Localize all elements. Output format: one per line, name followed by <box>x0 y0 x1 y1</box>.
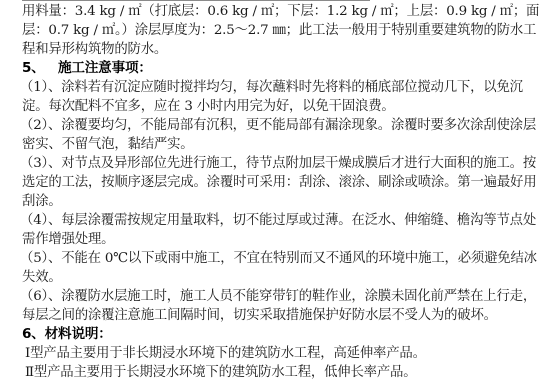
note-item-2-text: 涂覆要均匀，不能局部有沉积，更不能局部有漏涂现象。涂覆时要多次涂刮使涂层密实、不… <box>22 118 536 152</box>
intro-paragraph: 用料量：3.4 kg / ㎡（打底层：0.6 kg / ㎡；下层：1.2 kg … <box>22 2 542 59</box>
section-5-number: 5、 <box>22 59 58 78</box>
note-item-6-text: 涂覆防水层施工时，施工人员不能穿带钉的鞋作业，涂膜未固化前严禁在上行走，每层之间… <box>22 289 536 323</box>
material-type-1: Ⅰ型产品主要用于非长期浸水环境下的建筑防水工程，高延伸率产品。 <box>22 344 542 363</box>
note-item-6-label: （6）、 <box>20 289 61 304</box>
note-item-4-text: 每层涂覆需按规定用量取料，切不能过厚或过薄。在泛水、伸缩缝、檐沟等节点处需作增强… <box>22 213 536 247</box>
note-item-2: （2）、涂覆要均匀，不能局部有沉积，更不能局部有漏涂现象。涂覆时要多次涂刮使涂层… <box>22 116 542 154</box>
section-6-number: 6、 <box>22 325 45 344</box>
note-item-1: （1）、涂料若有沉淀应随时搅拌均匀，每次蘸料时先将料的桶底部位搅动几下，以免沉淀… <box>22 78 542 116</box>
section-6-heading: 6、材料说明： <box>22 325 542 344</box>
note-item-5-label: （5）、 <box>20 251 61 266</box>
note-item-4: （4）、每层涂覆需按规定用量取料，切不能过厚或过薄。在泛水、伸缩缝、檐沟等节点处… <box>22 211 542 249</box>
section-5-heading: 5、施工注意事项： <box>22 59 542 78</box>
note-item-6: （6）、涂覆防水层施工时，施工人员不能穿带钉的鞋作业，涂膜未固化前严禁在上行走，… <box>22 287 542 325</box>
top-border-line <box>22 0 370 1</box>
section-6-title: 材料说明： <box>45 326 112 342</box>
note-item-3-text: 对节点及异形部位先进行施工，待节点附加层干燥成膜后才进行大面积的施工。按选定的工… <box>22 156 536 209</box>
note-item-3-label: （3）、 <box>20 156 61 171</box>
note-item-1-text: 涂料若有沉淀应随时搅拌均匀，每次蘸料时先将料的桶底部位搅动几下，以免沉淀。每次配… <box>22 80 523 114</box>
note-item-1-label: （1）、 <box>20 80 61 95</box>
material-type-2: Ⅱ型产品主要用于长期浸水环境下的建筑防水工程，低伸长率产品。 <box>22 363 542 380</box>
note-item-5-text: 不能在 0℃以下或雨中施工，不宜在特别而又不通风的环境中施工，必须避免结冰失效。 <box>22 251 537 285</box>
document-page: 用料量：3.4 kg / ㎡（打底层：0.6 kg / ㎡；下层：1.2 kg … <box>22 2 542 380</box>
note-item-5: （5）、不能在 0℃以下或雨中施工，不宜在特别而又不通风的环境中施工，必须避免结… <box>22 249 542 287</box>
section-5-title: 施工注意事项： <box>58 60 152 76</box>
note-item-3: （3）、对节点及异形部位先进行施工，待节点附加层干燥成膜后才进行大面积的施工。按… <box>22 154 542 211</box>
note-item-2-label: （2）、 <box>20 118 61 133</box>
note-item-4-label: （4）、 <box>20 213 61 228</box>
